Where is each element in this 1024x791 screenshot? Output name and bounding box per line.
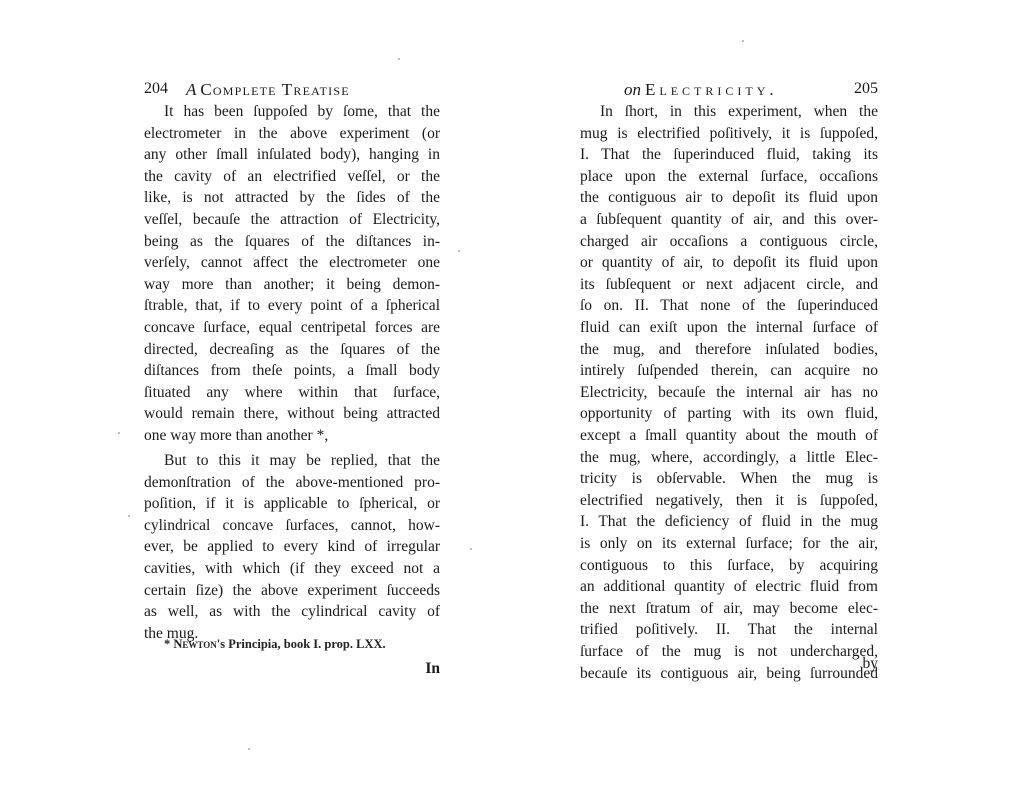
text-line: But to this it may be replied, that the [144, 451, 440, 471]
text-line: any other ſmall inſulated body), hanging… [144, 145, 440, 165]
text-line: trified poſitively. II. That the interna… [580, 620, 878, 640]
paper-speck [458, 250, 460, 252]
running-title: AComplete Treatise [186, 80, 350, 100]
text-line: being as the ſquares of the diſtances in… [144, 232, 440, 252]
text-line: or quantity of air, to depoſit its fluid… [580, 253, 878, 273]
text-line: poſition, if it is applicable to ſpheric… [144, 494, 440, 514]
text-line: In ſhort, in this experiment, when the [580, 102, 878, 122]
text-line: I. That the deficiency of fluid in the m… [580, 512, 878, 532]
text-line: ſtrable, that, if to every point of a ſp… [144, 296, 440, 316]
text-line: contiguous to this ſurface, by acquiring [580, 556, 878, 576]
text-line: the contiguous air to depoſit its fluid … [580, 188, 878, 208]
text-line: ſituated any where within that ſurface, [144, 383, 440, 403]
running-title: onElectricity. [624, 80, 778, 100]
text-line: one way more than another *, [144, 426, 440, 446]
text-line: like, is not attracted by the ſides of t… [144, 188, 440, 208]
running-head-right: onElectricity. 205 [580, 80, 878, 102]
text-line: as well, as with the cylindrical cavity … [144, 602, 440, 622]
text-line: an additional quantity of electric fluid… [580, 577, 878, 597]
text-line: a ſubſequent quantity of air, and this o… [580, 210, 878, 230]
text-line: certain ſize) the above experiment ſucce… [144, 581, 440, 601]
text-line: demonſtration of the above-mentioned pro… [144, 473, 440, 493]
paper-speck [470, 548, 472, 550]
text-line: concave ſurface, equal centripetal force… [144, 318, 440, 338]
text-line: ſurface of the mug is not undercharged, [580, 642, 878, 662]
text-line: It has been ſuppoſed by ſome, that the [144, 102, 440, 122]
text-line: charged air occaſions a contiguous circl… [580, 232, 878, 252]
text-line: becauſe its contiguous air, being ſurrou… [580, 664, 878, 684]
text-line: ſo on. II. That none of the ſuperinduced [580, 296, 878, 316]
text-line: opportunity of parting with its own flui… [580, 404, 878, 424]
text-line: I. That the ſuperinduced fluid, taking i… [580, 145, 878, 165]
text-line: mug is electrified poſitively, it is ſup… [580, 124, 878, 144]
catchword: by [863, 655, 879, 673]
text-line: the mug, where, accordingly, a little El… [580, 448, 878, 468]
text-line: would remain there, without being attrac… [144, 404, 440, 424]
footnote: * Newton's Principia, book I. prop. LXX. [164, 636, 386, 652]
text-line: verſely, cannot affect the electrometer … [144, 253, 440, 273]
paper-speck [248, 748, 250, 750]
text-line: the mug, and therefore inſulated bodies, [580, 340, 878, 360]
text-line: cavities, with which (if they exceed not… [144, 559, 440, 579]
text-line: way more than another; it being demon- [144, 275, 440, 295]
text-line: the cavity of an electrified veſſel, or … [144, 167, 440, 187]
text-line: place upon the external ſurface, occaſio… [580, 167, 878, 187]
running-head-left: 204 AComplete Treatise [144, 80, 440, 102]
paper-speck [742, 40, 744, 42]
text-line: tricity is obſervable. When the mug is [580, 469, 878, 489]
text-line: electrometer in the above experiment (or [144, 124, 440, 144]
text-line: directed, decreaſing as the ſquares of t… [144, 340, 440, 360]
catchword: In [425, 660, 440, 678]
text-line: is only on its external ſurface; for the… [580, 534, 878, 554]
text-line: its ſubſequent or next adjacent circle, … [580, 275, 878, 295]
paper-speck [398, 58, 400, 60]
text-line: electrified negatively, then it is ſuppo… [580, 491, 878, 511]
paper-speck [118, 432, 120, 434]
text-line: cylindrical concave ſurfaces, cannot, ho… [144, 516, 440, 536]
text-line: diſtances from theſe points, a ſmall bod… [144, 361, 440, 381]
text-line: ever, be applied to every kind of irregu… [144, 537, 440, 557]
text-line: intirely ſuſpended therein, can acquire … [580, 361, 878, 381]
text-line: except a ſmall quantity about the mouth … [580, 426, 878, 446]
text-line: fluid can exiſt upon the internal ſurfac… [580, 318, 878, 338]
text-line: veſſel, becauſe the attraction of Electr… [144, 210, 440, 230]
page-number: 204 [144, 80, 168, 98]
page-number: 205 [854, 80, 878, 98]
text-line: Electricity, becauſe the internal air ha… [580, 383, 878, 403]
paper-speck [128, 515, 130, 517]
text-line: the next ſtratum of air, may become elec… [580, 599, 878, 619]
